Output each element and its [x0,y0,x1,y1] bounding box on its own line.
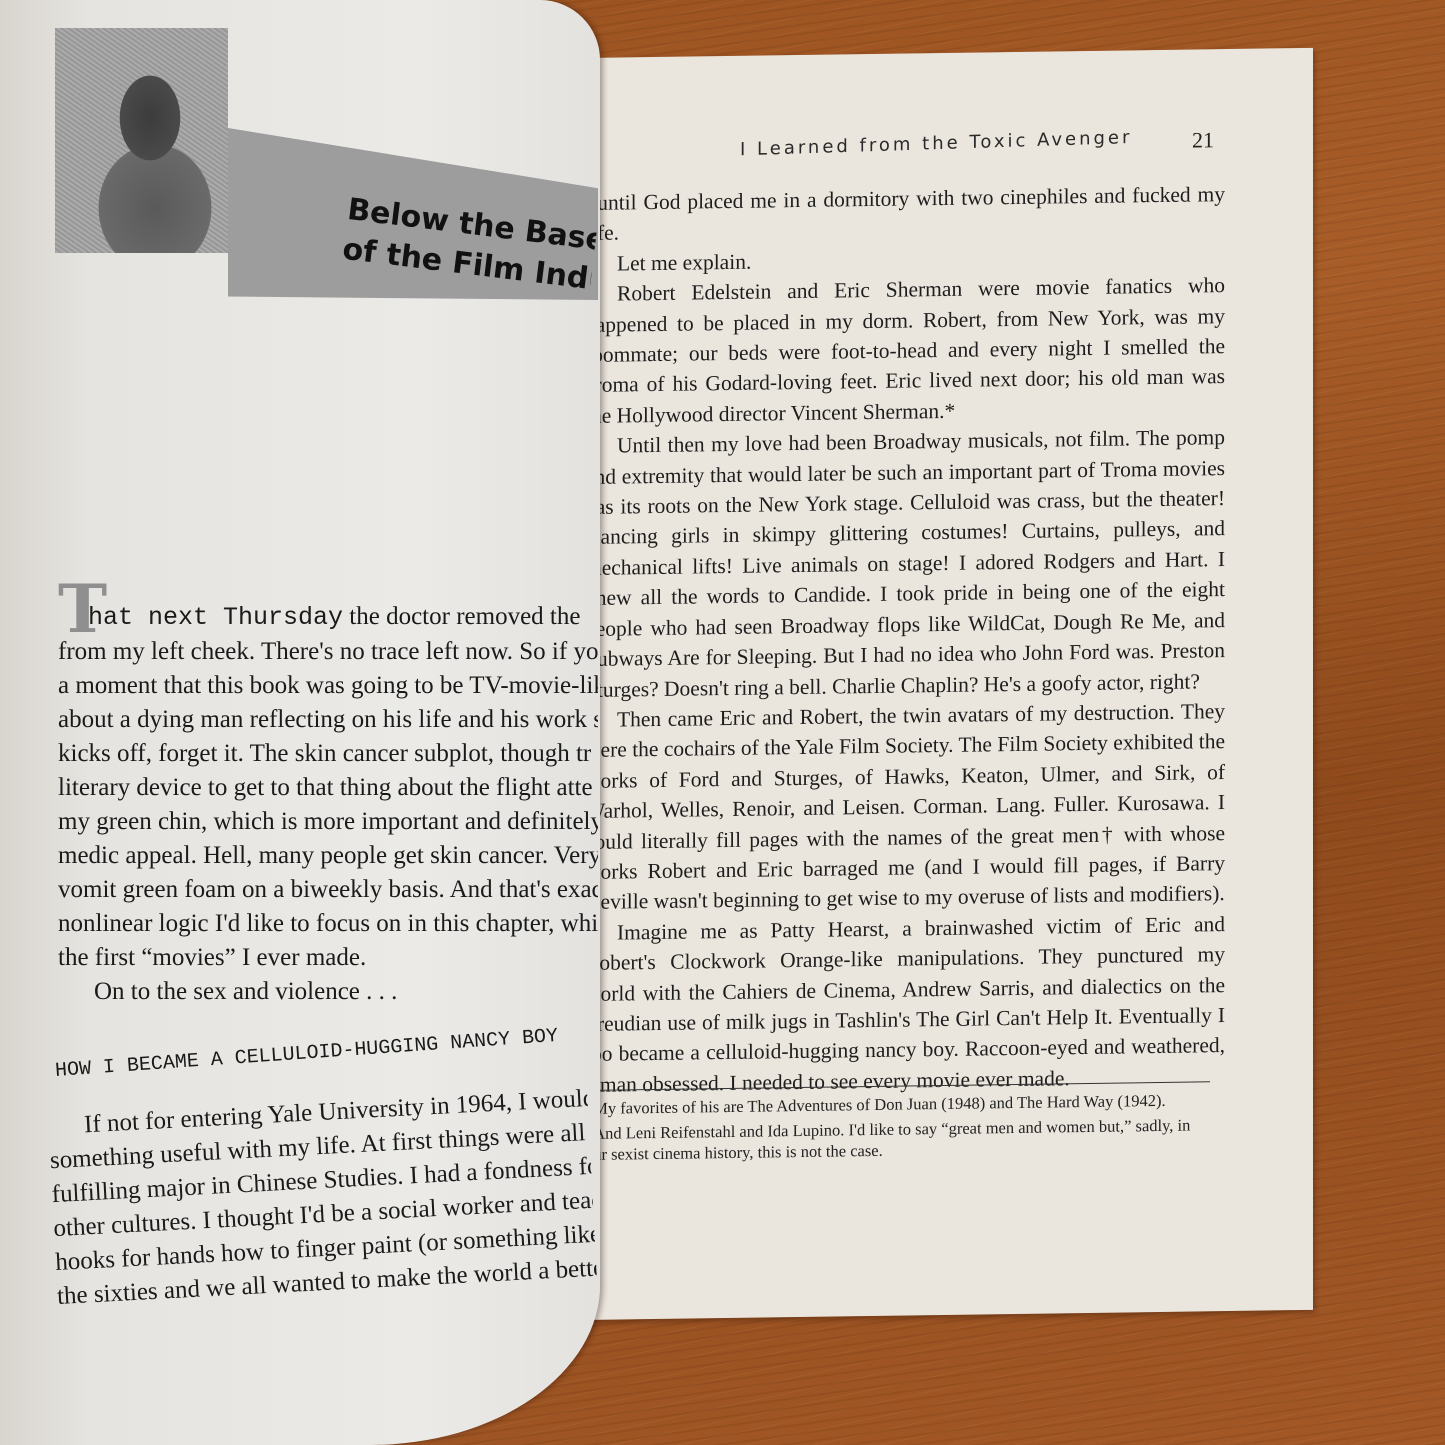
text-line: the first “movies” I ever made. [58,941,598,975]
right-page: I Learned from the Toxic Avenger 21 , un… [585,48,1313,1320]
footnote: †And Leni Reifenstahl and Ida Lupino. I'… [585,1114,1210,1165]
text-line: nonlinear logic I'd like to focus on in … [58,907,598,941]
left-page: Below the Basement of the Film Industry … [0,0,600,1445]
text-line: hat next Thursday the doctor removed the [58,600,598,635]
page-number: 21 [1192,127,1214,153]
chapter-photo [55,28,228,253]
text-line: kicks off, forget it. The skin cancer su… [58,737,598,771]
paragraph: Then came Eric and Robert, the twin avat… [585,696,1225,918]
text-line: medic appeal. Hell, many people get skin… [58,839,598,873]
text-line: On to the sex and violence . . . [58,975,598,1009]
paragraph: Imagine me as Patty Hearst, a brainwashe… [585,909,1225,1100]
text-line: about a dying man reflecting on his life… [58,703,598,737]
text-line: from my left cheek. There's no trace lef… [58,635,598,669]
paragraph: Robert Edelstein and Eric Sherman were m… [585,270,1225,431]
text-line: literary device to get to that thing abo… [58,771,598,805]
paragraph: Until then my love had been Broadway mus… [585,422,1225,705]
footnotes: *My favorites of his are The Adventures … [585,1089,1210,1169]
text-line: vomit green foam on a biweekly basis. An… [58,873,598,907]
body-text: , until God placed me in a dormitory wit… [585,179,1225,1100]
text-line: a moment that this book was going to be … [58,669,598,703]
running-head: I Learned from the Toxic Avenger [740,127,1132,160]
section-heading: HOW I BECAME A CELLULOID-HUGGING NANCY B… [54,1022,594,1083]
text-line: my green chin, which is more important a… [58,805,598,839]
left-body-text: hat next Thursday the doctor removed the… [58,600,598,1009]
section-body-text: If not for entering Yale University in 1… [47,1082,597,1314]
paragraph: , until God placed me in a dormitory wit… [585,179,1225,249]
opening-words: hat next Thursday [58,603,343,632]
